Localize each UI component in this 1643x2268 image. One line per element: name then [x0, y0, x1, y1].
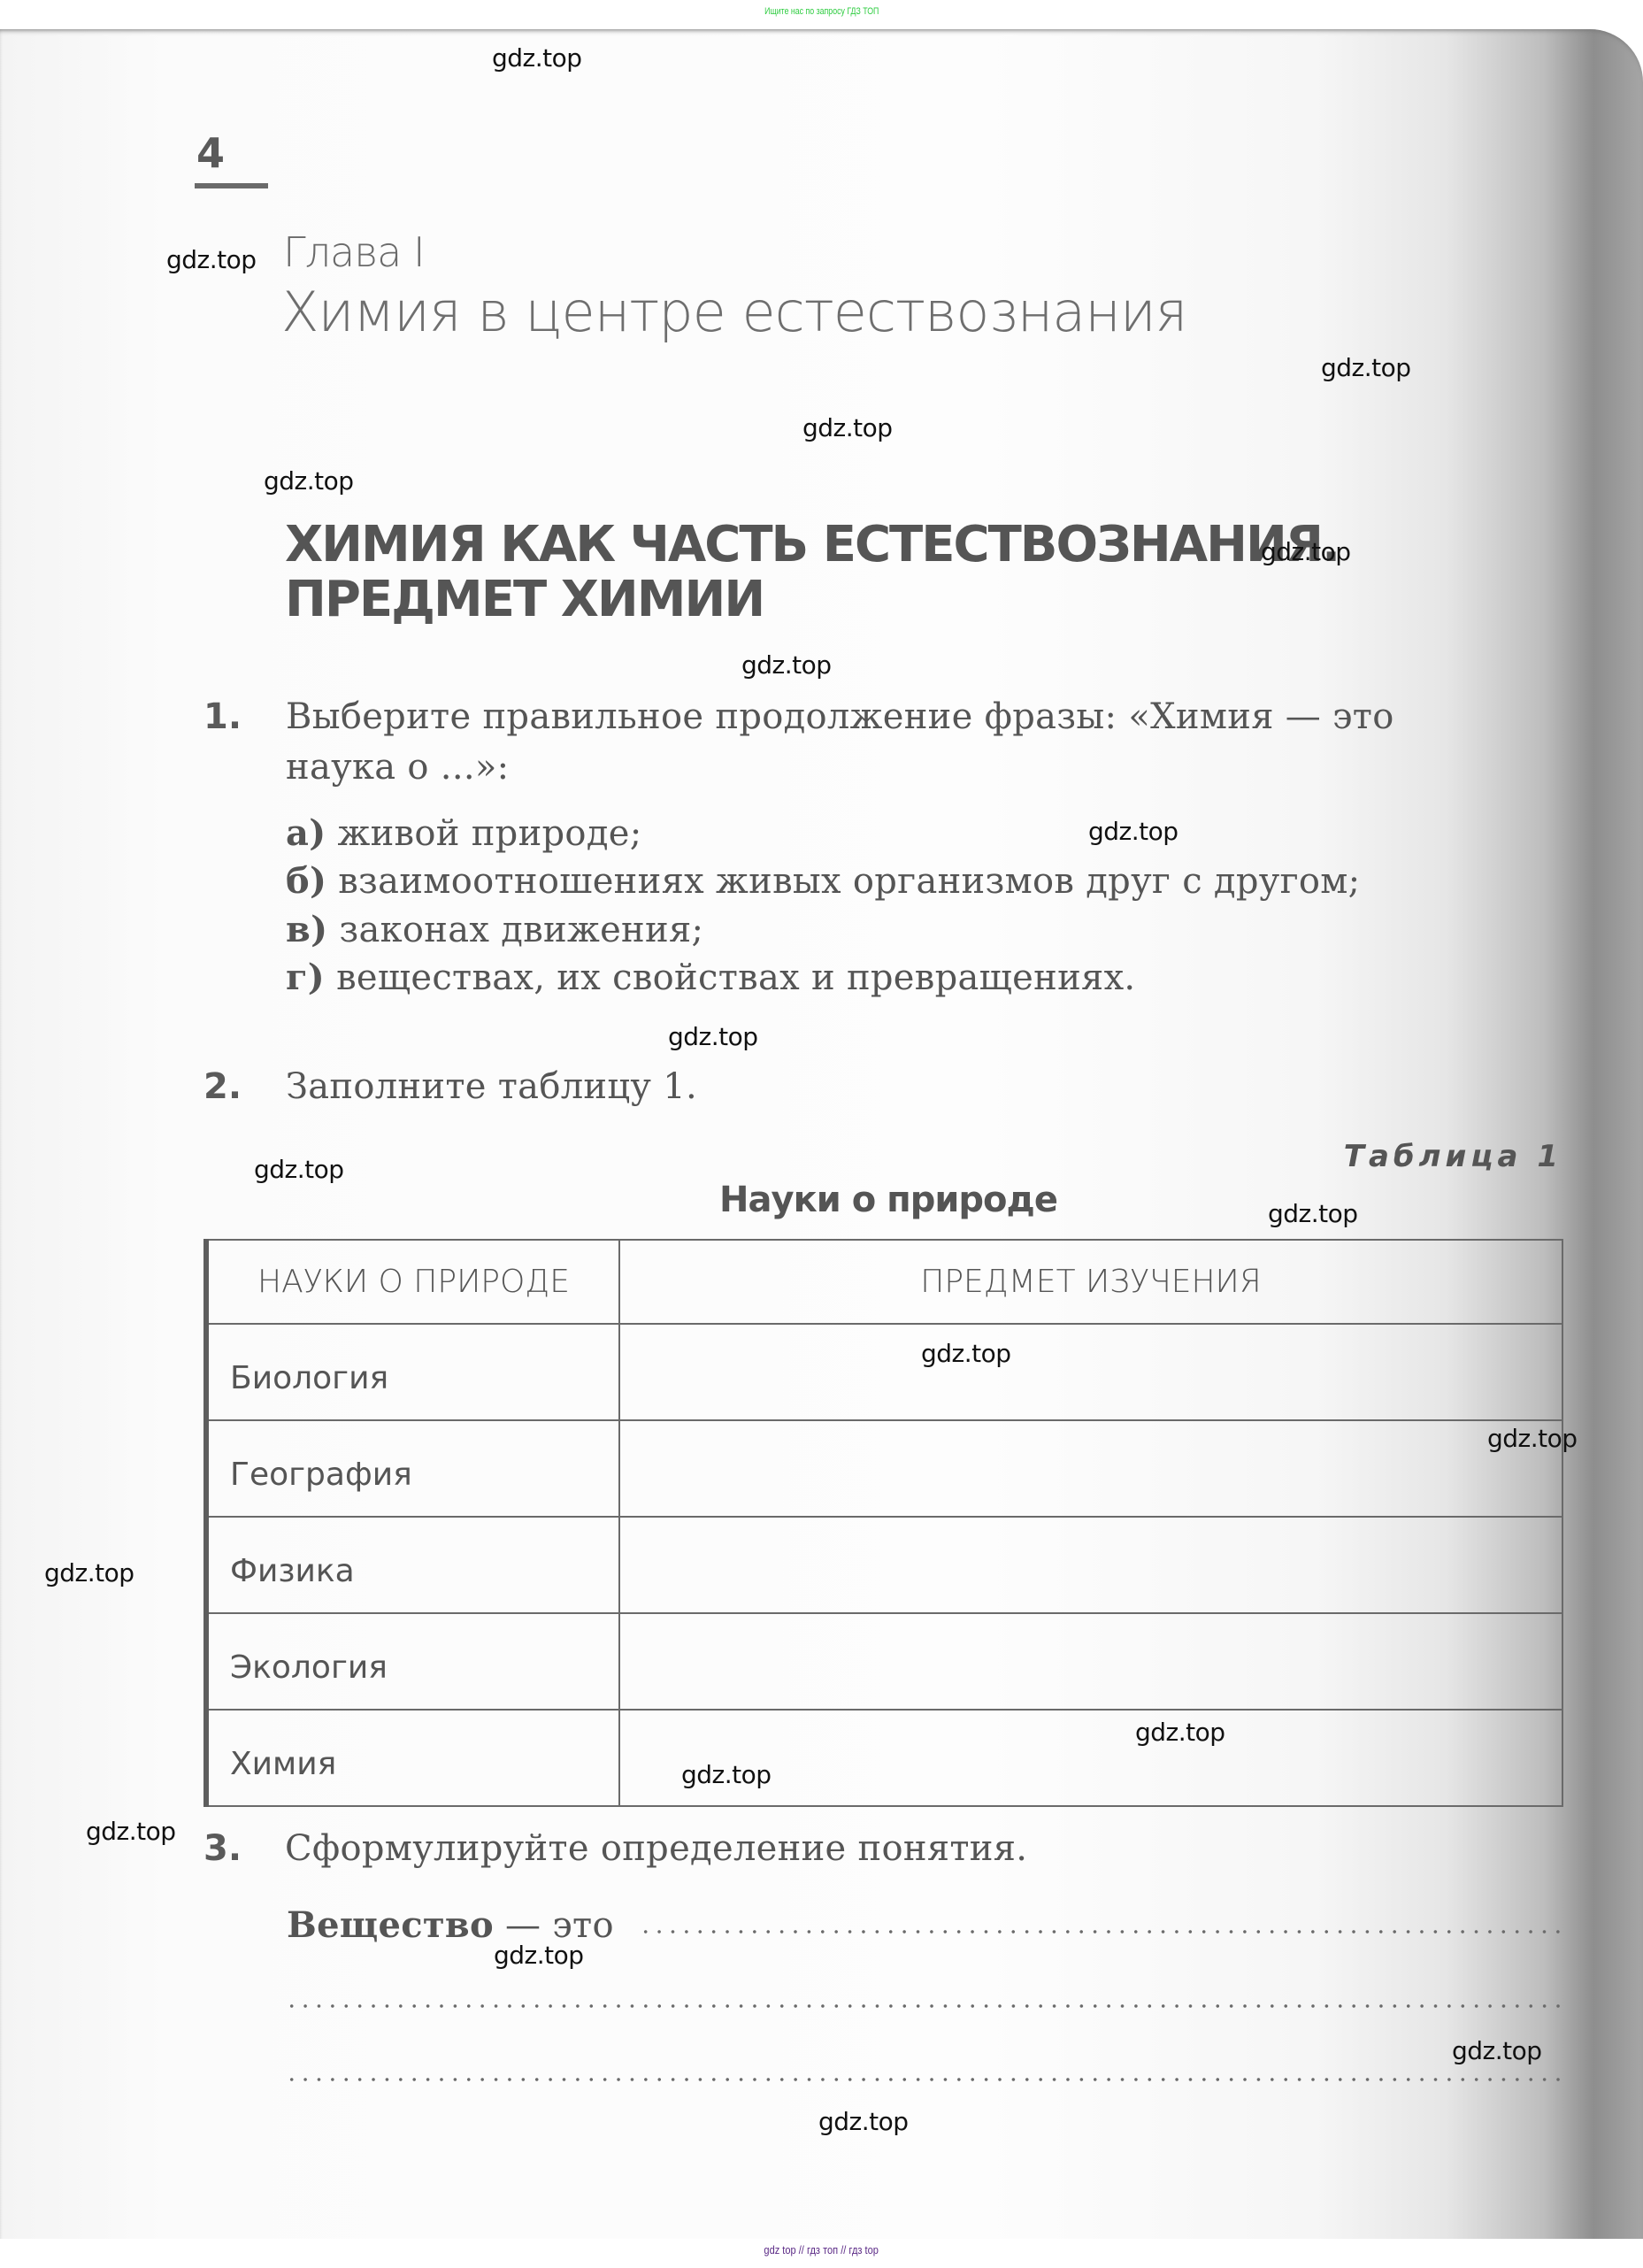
- section-title-line-1: ХИМИЯ КАК ЧАСТЬ ЕСТЕСТВОЗНАНИЯ.: [285, 518, 1339, 573]
- chapter-label: Глава I: [283, 232, 425, 273]
- question-1-number: 1.: [203, 699, 242, 734]
- science-cell: География: [206, 1420, 619, 1517]
- page-number-rule: [195, 183, 268, 188]
- question-1-option-c[interactable]: в) законах движения;: [286, 912, 703, 948]
- science-cell: Биология: [206, 1324, 619, 1420]
- chapter-title: Химия в центре естествознания: [281, 285, 1186, 340]
- watermark: gdz.top: [86, 1819, 176, 1844]
- table-row: Биология: [206, 1324, 1562, 1420]
- footer-text[interactable]: gdz top // гдз топ // гдз top: [764, 2243, 879, 2256]
- question-1-option-b[interactable]: б) взаимоотношениях живых организмов дру…: [286, 864, 1360, 899]
- watermark: gdz.top: [264, 469, 354, 494]
- table-title: Науки о природе: [205, 1182, 1562, 1218]
- watermark: gdz.top: [44, 1561, 134, 1586]
- subject-input-cell[interactable]: [619, 1613, 1562, 1710]
- watermark: gdz.top: [166, 248, 257, 273]
- answer-line-2[interactable]: [285, 2004, 1564, 2008]
- watermark: gdz.top: [492, 46, 582, 71]
- watermark: gdz.top: [668, 1025, 758, 1049]
- watermark: gdz.top: [1135, 1720, 1225, 1745]
- sciences-table: НАУКИ О ПРИРОДЕ ПРЕДМЕТ ИЗУЧЕНИЯ Биологи…: [203, 1239, 1563, 1807]
- question-1-text-line-2: наука о ...»:: [286, 750, 509, 785]
- answer-line-1[interactable]: [639, 1930, 1564, 1934]
- table-row: География: [206, 1420, 1562, 1517]
- question-2-text: Заполните таблицу 1.: [286, 1069, 697, 1104]
- watermark: gdz.top: [1452, 2039, 1542, 2064]
- option-letter: в): [286, 909, 327, 950]
- option-letter: г): [286, 957, 325, 998]
- table-row: Физика: [206, 1517, 1562, 1613]
- option-letter: а): [286, 812, 326, 854]
- option-text: законах движения;: [339, 910, 703, 950]
- science-cell: Экология: [206, 1613, 619, 1710]
- watermark: gdz.top: [254, 1157, 344, 1182]
- page-number: 4: [196, 133, 225, 173]
- header-sciences: НАУКИ О ПРИРОДЕ: [206, 1240, 619, 1324]
- science-cell: Физика: [206, 1517, 619, 1613]
- table-row: Экология: [206, 1613, 1562, 1710]
- option-letter: б): [286, 860, 326, 902]
- watermark: gdz.top: [681, 1763, 772, 1787]
- question-3-number: 3.: [203, 1831, 242, 1866]
- banner-text[interactable]: Ищите нас по запросу ГДЗ ТОП: [764, 6, 879, 17]
- watermark: gdz.top: [1321, 356, 1411, 381]
- watermark: gdz.top: [741, 653, 832, 678]
- subject-input-cell[interactable]: [619, 1420, 1562, 1517]
- watermark: gdz.top: [1261, 540, 1351, 565]
- subject-input-cell[interactable]: [619, 1517, 1562, 1613]
- section-title-line-2: ПРЕДМЕТ ХИМИИ: [285, 573, 1339, 627]
- definition-prompt: Вещество — это: [287, 1908, 614, 1943]
- option-text: веществах, их свойствах и превращениях.: [336, 957, 1135, 998]
- section-title: ХИМИЯ КАК ЧАСТЬ ЕСТЕСТВОЗНАНИЯ. ПРЕДМЕТ …: [285, 518, 1339, 627]
- header-subject: ПРЕДМЕТ ИЗУЧЕНИЯ: [619, 1240, 1562, 1324]
- table-caption: Таблица 1: [1344, 1142, 1562, 1172]
- table-row: Химия: [206, 1710, 1562, 1806]
- footer-banner: gdz top // гдз топ // гдз top: [0, 2239, 1643, 2268]
- subject-input-cell[interactable]: [619, 1710, 1562, 1806]
- question-1-option-a[interactable]: а) живой природе;: [286, 816, 642, 851]
- watermark: gdz.top: [1088, 819, 1179, 844]
- option-text: живой природе;: [337, 813, 641, 854]
- question-2-number: 2.: [203, 1069, 242, 1104]
- definition-term: Вещество: [287, 1904, 494, 1946]
- question-1-option-d[interactable]: г) веществах, их свойствах и превращения…: [286, 960, 1135, 996]
- question-1-text-line-1: Выберите правильное продолжение фразы: «…: [286, 699, 1394, 734]
- watermark: gdz.top: [494, 1943, 584, 1968]
- answer-line-3[interactable]: [285, 2078, 1564, 2081]
- watermark: gdz.top: [921, 1342, 1011, 1366]
- table-header-row: НАУКИ О ПРИРОДЕ ПРЕДМЕТ ИЗУЧЕНИЯ: [206, 1240, 1562, 1324]
- watermark: gdz.top: [802, 416, 893, 441]
- option-text: взаимоотношениях живых организмов друг с…: [338, 861, 1360, 902]
- watermark: gdz.top: [1268, 1202, 1358, 1226]
- question-3-text: Сформулируйте определение понятия.: [285, 1831, 1027, 1866]
- science-cell: Химия: [206, 1710, 619, 1806]
- top-banner: Ищите нас по запросу ГДЗ ТОП: [0, 0, 1643, 28]
- watermark: gdz.top: [818, 2110, 909, 2134]
- subject-input-cell[interactable]: [619, 1324, 1562, 1420]
- watermark: gdz.top: [1487, 1426, 1578, 1451]
